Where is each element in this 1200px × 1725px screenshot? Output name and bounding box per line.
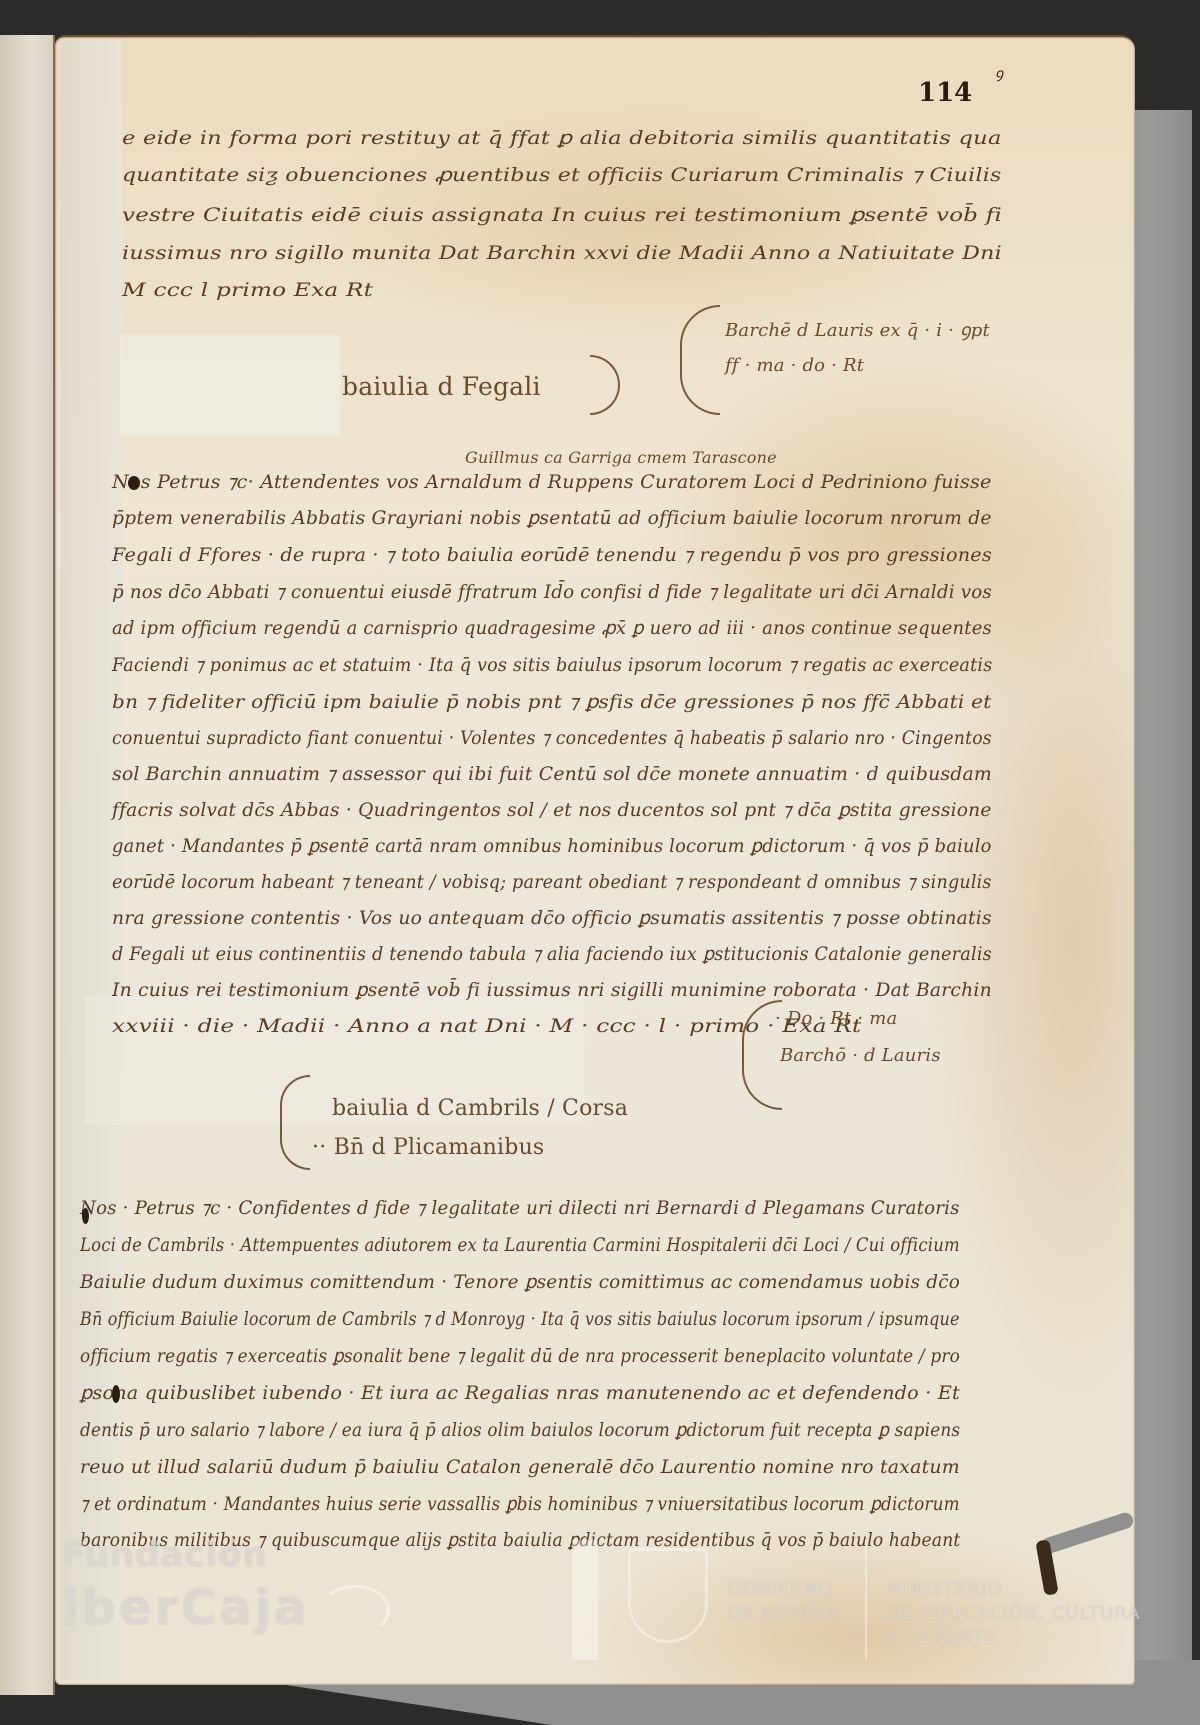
section-subheading: ·· Bn̄ d Plicamanibus [312, 1135, 544, 1160]
watermark-ministerio-line: MINISTERIO [887, 1578, 1140, 1602]
watermark-gobierno: GOBIERNO DE ESPAÑA [728, 1578, 839, 1626]
watermark-gobierno-line: DE ESPAÑA [728, 1602, 839, 1626]
text-line: p̄ nos dc̄o Abbati ⁊ conuentui eiusdē ff… [112, 582, 992, 603]
text-line: vestre Ciuitatis eidē ciuis assignata In… [122, 205, 1002, 226]
watermark-divider [865, 1540, 867, 1660]
marginal-note-line: Barchō · d Lauris [780, 1045, 941, 1066]
text-line: Nos · Petrus ⁊c · Confidentes d fide ⁊ l… [80, 1198, 960, 1219]
text-line: ad ipm officium regendū a carnisprio qua… [112, 618, 992, 639]
text-line: ⁊ et ordinatum · Mandantes huius serie v… [80, 1494, 960, 1515]
text-line: In cuius rei testimonium ꝑsentē vob̄ fi … [112, 980, 992, 1001]
text-line: conuentui supradicto fiant conuentui · V… [112, 728, 992, 749]
watermark-ministerio: MINISTERIO DE EDUCACIÓN, CULTURA Y DEPOR… [887, 1578, 1140, 1650]
section-heading: baiulia d Fegali [342, 372, 541, 401]
folio-mark: ꝯ [995, 64, 1003, 83]
paper-repair-patch [120, 335, 340, 435]
text-line: ꝑsona quibuslibet iubendo · Et iura ac R… [80, 1383, 960, 1404]
text-line: quantitate siƺ obuenciones ꝓuentibus et … [122, 165, 1001, 186]
text-line: officium regatis ⁊ exerceatis ꝑsonalit b… [80, 1346, 960, 1367]
text-line: ganet · Mandantes p̄ ꝑsentē cartā nram o… [112, 836, 992, 857]
ink-blot [112, 1385, 120, 1403]
heading-bracket [280, 1075, 310, 1170]
text-line: eorūdē locorum habeant ⁊ teneant / vobis… [112, 872, 992, 893]
interlinear-correction: Guillmus ca Garriga cmem Tarascone [465, 448, 777, 467]
text-line: Faciendi ⁊ ponimus ac et statuim · Ita q… [112, 655, 992, 676]
marginal-note-line: · Do · Rt · ma [775, 1008, 897, 1029]
folio-number: 114 [918, 78, 972, 108]
text-line: Baiulie dudum duximus comittendum · Teno… [80, 1272, 960, 1293]
spain-flag-icon [572, 1540, 598, 1660]
text-line: nra gressione contentis · Vos uo antequa… [112, 908, 992, 929]
ink-blot [82, 1208, 89, 1224]
text-line: M ccc l primo Exa Rt [122, 280, 373, 301]
text-line: p̄ptem venerabilis Abbatis Grayriani nob… [112, 508, 992, 529]
text-line: Fegali d Ffores · de rupra · ⁊ toto baiu… [112, 545, 992, 566]
text-line: dentis p̄ uro salario ⁊ labore / ea iura… [80, 1420, 960, 1441]
text-line: bn ⁊ fideliter officiū ipm baiulie p̄ no… [112, 692, 992, 713]
text-line: ffacris solvat dc̄s Abbas · Quadringento… [112, 800, 992, 821]
facing-page-edge [0, 35, 55, 1695]
text-line: Bn̄ officium Baiulie locorum de Cambrils… [80, 1309, 960, 1330]
marginal-note-line: ff · ma · do · Rt [725, 355, 864, 376]
spain-coat-of-arms-icon [628, 1548, 708, 1643]
watermark-gobierno-line: GOBIERNO [728, 1578, 839, 1602]
section-heading: baiulia d Cambrils / Corsa [332, 1096, 628, 1121]
text-line: e eide in forma pori restituy at q̄ ffat… [122, 128, 1002, 149]
watermark-fundacion: Fundación [62, 1535, 268, 1575]
text-line: sol Barchin annuatim ⁊ assessor qui ibi … [112, 764, 992, 785]
text-line: reuo ut illud salariū dudum p̄ baiuliu C… [80, 1457, 960, 1478]
text-line: d Fegali ut eius continentiis d tenendo … [112, 944, 992, 965]
watermark-ibercaja: iberCaja [62, 1580, 310, 1636]
watermark-ministerio-line: DE EDUCACIÓN, CULTURA [887, 1602, 1140, 1626]
ink-blot [128, 476, 140, 490]
watermark-ministerio-line: Y DEPORTE [887, 1626, 1140, 1650]
text-line: Loci de Cambrils · Attempuentes adiutore… [80, 1235, 960, 1256]
text-line: iussimus nro sigillo munita Dat Barchin … [122, 243, 1002, 264]
ibercaja-logo-icon [320, 1585, 390, 1635]
marginal-note-line: Barchē d Lauris ex q̄ · i · ꝯpt [725, 318, 990, 342]
text-line: Nos Petrus ⁊c· Attendentes vos Arnaldum … [112, 472, 992, 493]
